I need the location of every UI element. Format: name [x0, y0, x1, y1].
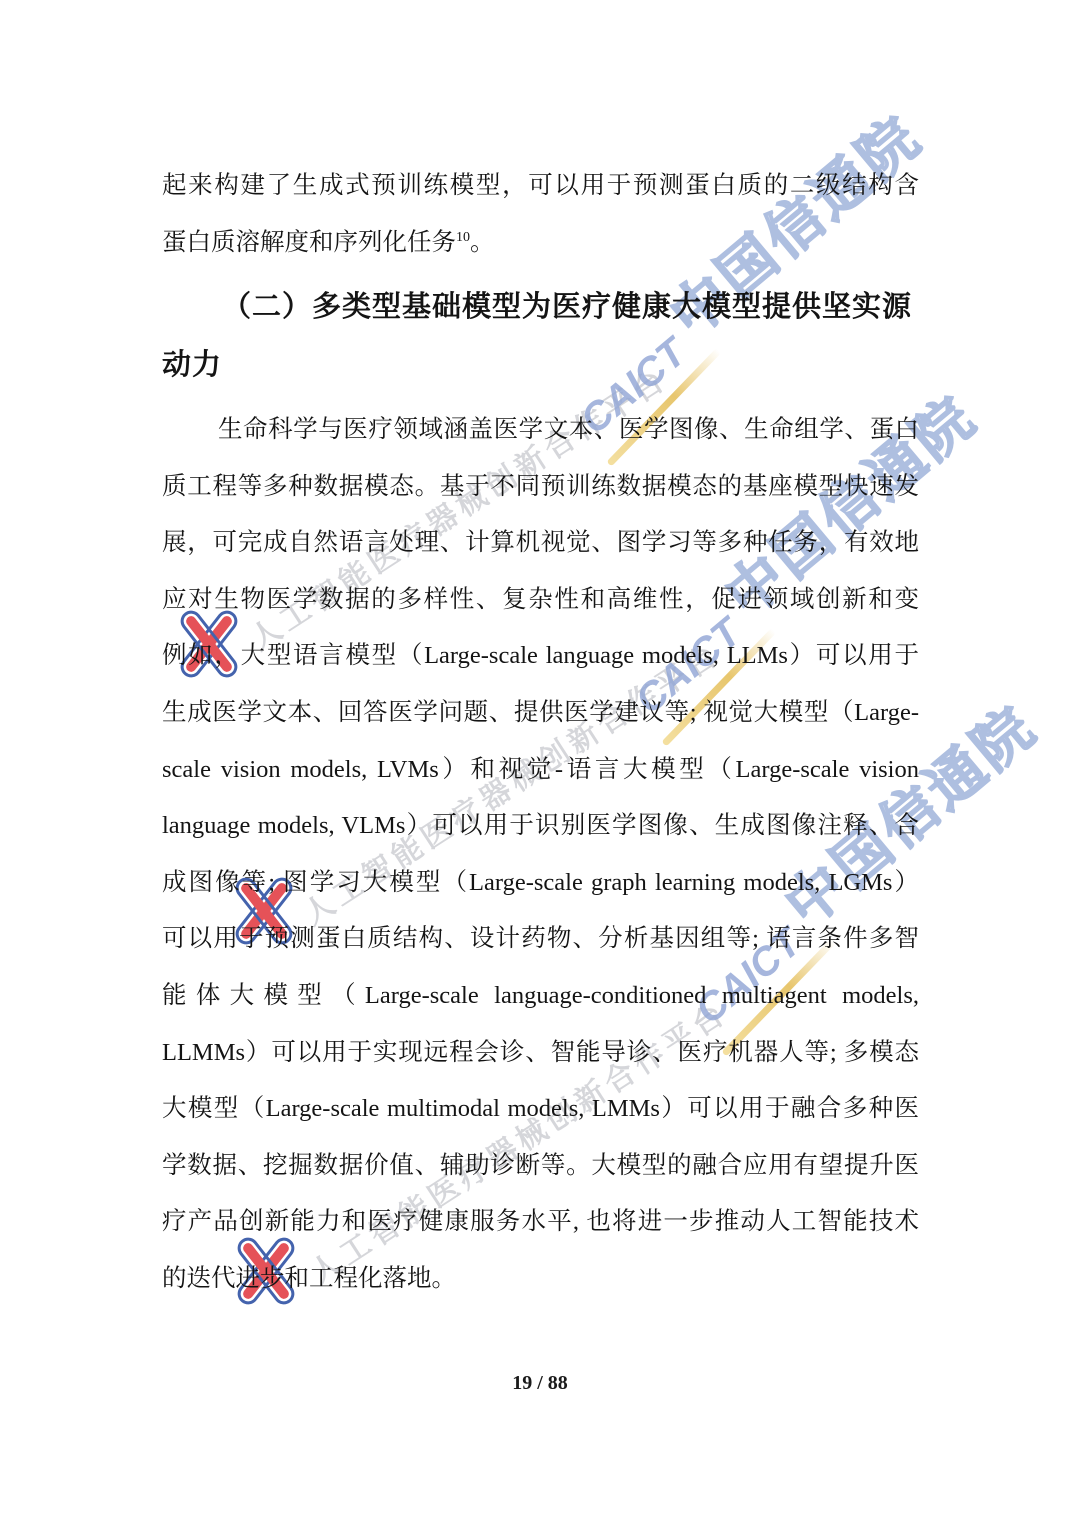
section-heading-line: （二）多类型基础模型为医疗健康大模型提供坚实源	[162, 278, 919, 336]
body-line: 疗产品创新能力和医疗健康服务水平, 也将进一步推动人工智能技术	[162, 1194, 919, 1251]
body-line: 生成医学文本、回答医学问题、提供医学建议等; 视觉大模型（Large-	[162, 685, 919, 742]
body-line: 的迭代进步和工程化落地。	[162, 1251, 919, 1308]
body-line: 展，可完成自然语言处理、计算机视觉、图学习等多种任务，有效地	[162, 515, 919, 572]
body-line: scale vision models, LVMs）和视觉-语言大模型（Larg…	[162, 742, 919, 799]
body-line: 可以用于预测蛋白质结构、设计药物、分析基因组等; 语言条件多智	[162, 911, 919, 968]
body-line: 起来构建了生成式预训练模型，可以用于预测蛋白质的二级结构含量、	[162, 158, 919, 215]
body-line: 蛋白质溶解度和序列化任务10。	[162, 215, 919, 272]
page-number: 19 / 88	[0, 1368, 1080, 1398]
text-layer: 起来构建了生成式预训练模型，可以用于预测蛋白质的二级结构含量、 蛋白质溶解度和序…	[0, 0, 1080, 1528]
body-line: 例如，大型语言模型（Large-scale language models, L…	[162, 628, 919, 685]
footnote-marker: 10	[456, 229, 470, 244]
section-heading-line: 动力	[162, 336, 919, 394]
section-heading: （二）多类型基础模型为医疗健康大模型提供坚实源 动力	[162, 278, 919, 394]
body-line: 学数据、挖掘数据价值、辅助诊断等。大模型的融合应用有望提升医	[162, 1138, 919, 1195]
body-line: 大模型（Large-scale multimodal models, LMMs）…	[162, 1081, 919, 1138]
body-line: LLMMs）可以用于实现远程会诊、智能导诊、医疗机器人等; 多模态	[162, 1025, 919, 1082]
body-paragraph: 生命科学与医疗领域涵盖医学文本、医学图像、生命组学、蛋白 质工程等多种数据模态。…	[162, 402, 919, 1308]
body-line: language models, VLMs）可以用于识别医学图像、生成图像注释、…	[162, 798, 919, 855]
body-line: 应对生物医学数据的多样性、复杂性和高维性，促进领域创新和变革。	[162, 572, 919, 629]
body-line: 质工程等多种数据模态。基于不同预训练数据模态的基座模型快速发	[162, 459, 919, 516]
body-line: 能体大模型（Large-scale language-conditioned m…	[162, 968, 919, 1025]
body-line: 成图像等; 图学习大模型（Large-scale graph learning …	[162, 855, 919, 912]
paragraph-continuation: 起来构建了生成式预训练模型，可以用于预测蛋白质的二级结构含量、 蛋白质溶解度和序…	[162, 158, 919, 271]
document-page: 人工智能医疗器械创新合作平台 CAICT中国信通院 人工智能医疗器械创新合作平台…	[0, 0, 1080, 1528]
body-line: 生命科学与医疗领域涵盖医学文本、医学图像、生命组学、蛋白	[162, 402, 919, 459]
